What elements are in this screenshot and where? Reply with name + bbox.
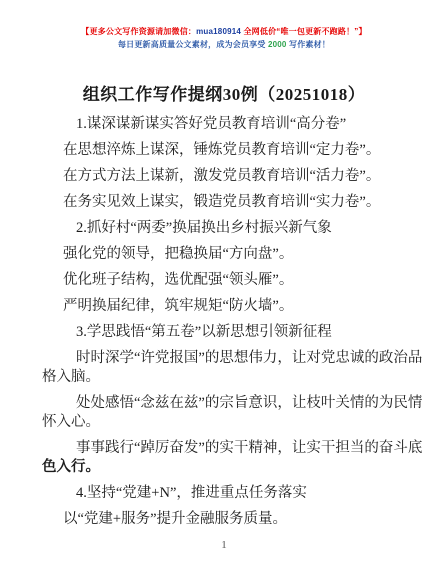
document-line: 3.学思践悟“第五卷”以新思想引领新征程 (42, 323, 412, 342)
document-line: 处处感悟“念兹在兹”的宗旨意识，让枝叶关情的为民情 (42, 394, 412, 413)
ad-line1-prefix: 【更多公文写作资源请加微信： (81, 27, 196, 36)
header-ad-line-1: 【更多公文写作资源请加微信：mua180914 全网低价“唯一包更新不跑路！”】 (0, 25, 448, 38)
document-line: 4.坚持“党建+N”，推进重点任务落实 (42, 484, 412, 503)
document-line: 1.谋深谋新谋实答好党员教育培训“高分卷” (42, 115, 412, 134)
document-page: { "header_ad": { "line1": { "prefix": "【… (0, 0, 448, 580)
ad-line1-suffix: 全网低价“唯一包更新不跑路！”】 (241, 27, 367, 36)
document-line: 怀入心。 (42, 413, 412, 432)
document-line: 时时深学“许党报国”的思想伟力，让对党忠诚的政治品 (42, 349, 412, 368)
page-title: 组织工作写作提纲30例（20251018） (0, 84, 448, 106)
document-line: 优化班子结构，选优配强“领头雁”。 (42, 271, 412, 290)
document-line: 在思想淬炼上谋深，锤炼党员教育培训“定力卷”。 (42, 141, 412, 160)
document-line: 在方式方法上谋新，激发党员教育培训“活力卷”。 (42, 167, 412, 186)
document-line: 以“党建+服务”提升金融服务质量。 (42, 510, 412, 529)
document-line: 事事践行“踔厉奋发”的实干精神，让实干担当的奋斗底 (42, 439, 412, 458)
page-number: 1 (0, 539, 448, 551)
document-line: 格入脑。 (42, 368, 412, 387)
ad-line2-prefix: 每日更新高质量公文素材，成为会员享受 (118, 40, 268, 49)
ad-wechat-id: mua180914 (196, 27, 241, 36)
ad-line2-suffix: 写作素材！ (287, 40, 330, 49)
ad-line2-highlight: 2000 (268, 40, 287, 49)
document-body: 1.谋深谋新谋实答好党员教育培训“高分卷”在思想淬炼上谋深，锤炼党员教育培训“定… (42, 115, 412, 529)
document-line: 严明换届纪律，筑牢规矩“防火墙”。 (42, 297, 412, 316)
document-line: 强化党的领导，把稳换届“方向盘”。 (42, 245, 412, 264)
header-ad: 【更多公文写作资源请加微信：mua180914 全网低价“唯一包更新不跑路！”】… (0, 0, 448, 51)
header-ad-line-2: 每日更新高质量公文素材，成为会员享受 2000 写作素材！ (0, 38, 448, 51)
document-line: 在务实见效上谋实，锻造党员教育培训“实力卷”。 (42, 193, 412, 212)
document-line: 色入行。 (42, 458, 412, 477)
document-line: 2.抓好村“两委”换届换出乡村振兴新气象 (42, 219, 412, 238)
